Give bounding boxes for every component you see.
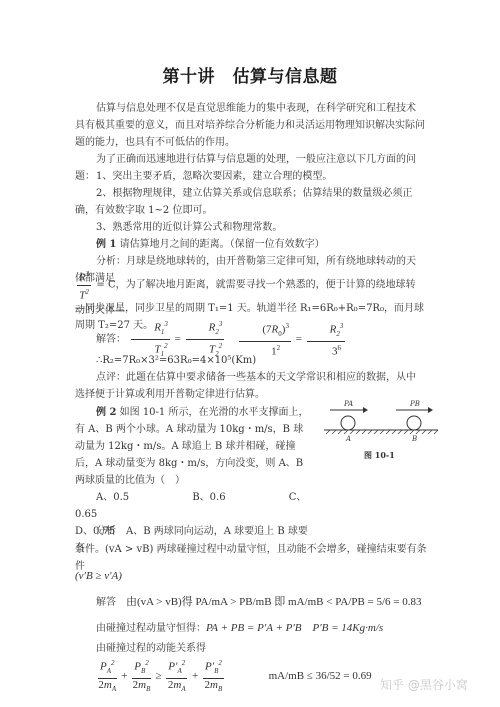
example1-label: 例 1 — [96, 239, 116, 250]
solution-label: 解答 — [96, 597, 116, 608]
watermark: 知乎 @黑谷小窝 — [380, 676, 468, 693]
example2-solution: 解答 由(vA > vB)得 PA/mA > PB/mB 即 mA/mB < P… — [75, 594, 425, 611]
pa-label: PA — [343, 400, 353, 408]
ball-b — [407, 416, 421, 430]
example2-question-text: 如图 10-1 所示，在光滑的水平支撑面上，有 A、B 两个小球。A 球动量为 … — [75, 407, 308, 486]
option-b: B、0.6 — [192, 492, 225, 503]
example1-question-text: 请估算地月之间的距离。（保留一位有效数字） — [120, 239, 325, 250]
point-3: 3、熟悉常用的近似计算公式和物理常数。 — [75, 219, 425, 236]
page-title: 第十讲 估算与信息题 — [0, 62, 500, 87]
point-2: 2、根据物理规律，建立估算关系或信息联系；估算结果的数量级必须正确，有效数字取 … — [75, 185, 425, 219]
momentum-line: 由碰撞过程动量守恒得：PA + PB = P′A + P′B P′B = 14K… — [96, 620, 446, 637]
kepler-fraction: R3T2 — [77, 268, 91, 302]
figure-10-1: PA PB A B 图 10-1 — [316, 396, 466, 476]
analysis-label: 分析： — [96, 256, 126, 267]
example2-label: 例 2 — [96, 407, 116, 418]
svg-text:A: A — [345, 435, 351, 443]
energy-label: 由碰撞过程的动能关系得 — [96, 640, 446, 657]
pb-label: PB — [409, 400, 420, 408]
option-a: A、0.5 — [96, 492, 129, 503]
momentum-label: 由碰撞过程动量守恒得： — [96, 623, 206, 634]
ball-a — [341, 416, 355, 430]
example1-question: 例 1 请估算地月之间的距离。（保留一位有效数字） — [75, 236, 425, 253]
point-1: 1、突出主要矛盾，忽略次要因素，建立合理的模型。 — [75, 168, 425, 185]
solution-formula: 由(vA > vB)得 PA/mA > PB/mB 即 mA/mB < PA/P… — [126, 596, 422, 608]
analysis-label: 分析 — [96, 526, 116, 537]
example2-question: 例 2 如图 10-1 所示，在光滑的水平支撑面上，有 A、B 两个小球。A 球… — [75, 404, 310, 489]
example2-condition: (v′B ≥ v′A) — [75, 568, 425, 585]
intro-paragraph: 估算与信息处理不仅是直觉思维能力的集中表现，在科学研究和工程技术具有极其重要的意… — [75, 100, 425, 151]
momentum-formula: PA + PB = P′A + P′B P′B = 14Kg·m/s — [206, 622, 383, 634]
document-page: 第十讲 估算与信息题 估算与信息处理不仅是直觉思维能力的集中表现，在科学研究和工… — [0, 0, 500, 707]
svg-text:B: B — [411, 435, 417, 443]
solution-label: 解答： — [96, 334, 126, 345]
comment-label: 点评： — [96, 372, 126, 383]
energy-result: mA/mB ≤ 36/52 = 0.69 — [269, 670, 372, 682]
figure-caption: 图 10-1 — [364, 450, 395, 460]
example1-result: ∴R₂=7R₀×3²=63R₀=4×10⁵(Km) — [75, 352, 425, 369]
